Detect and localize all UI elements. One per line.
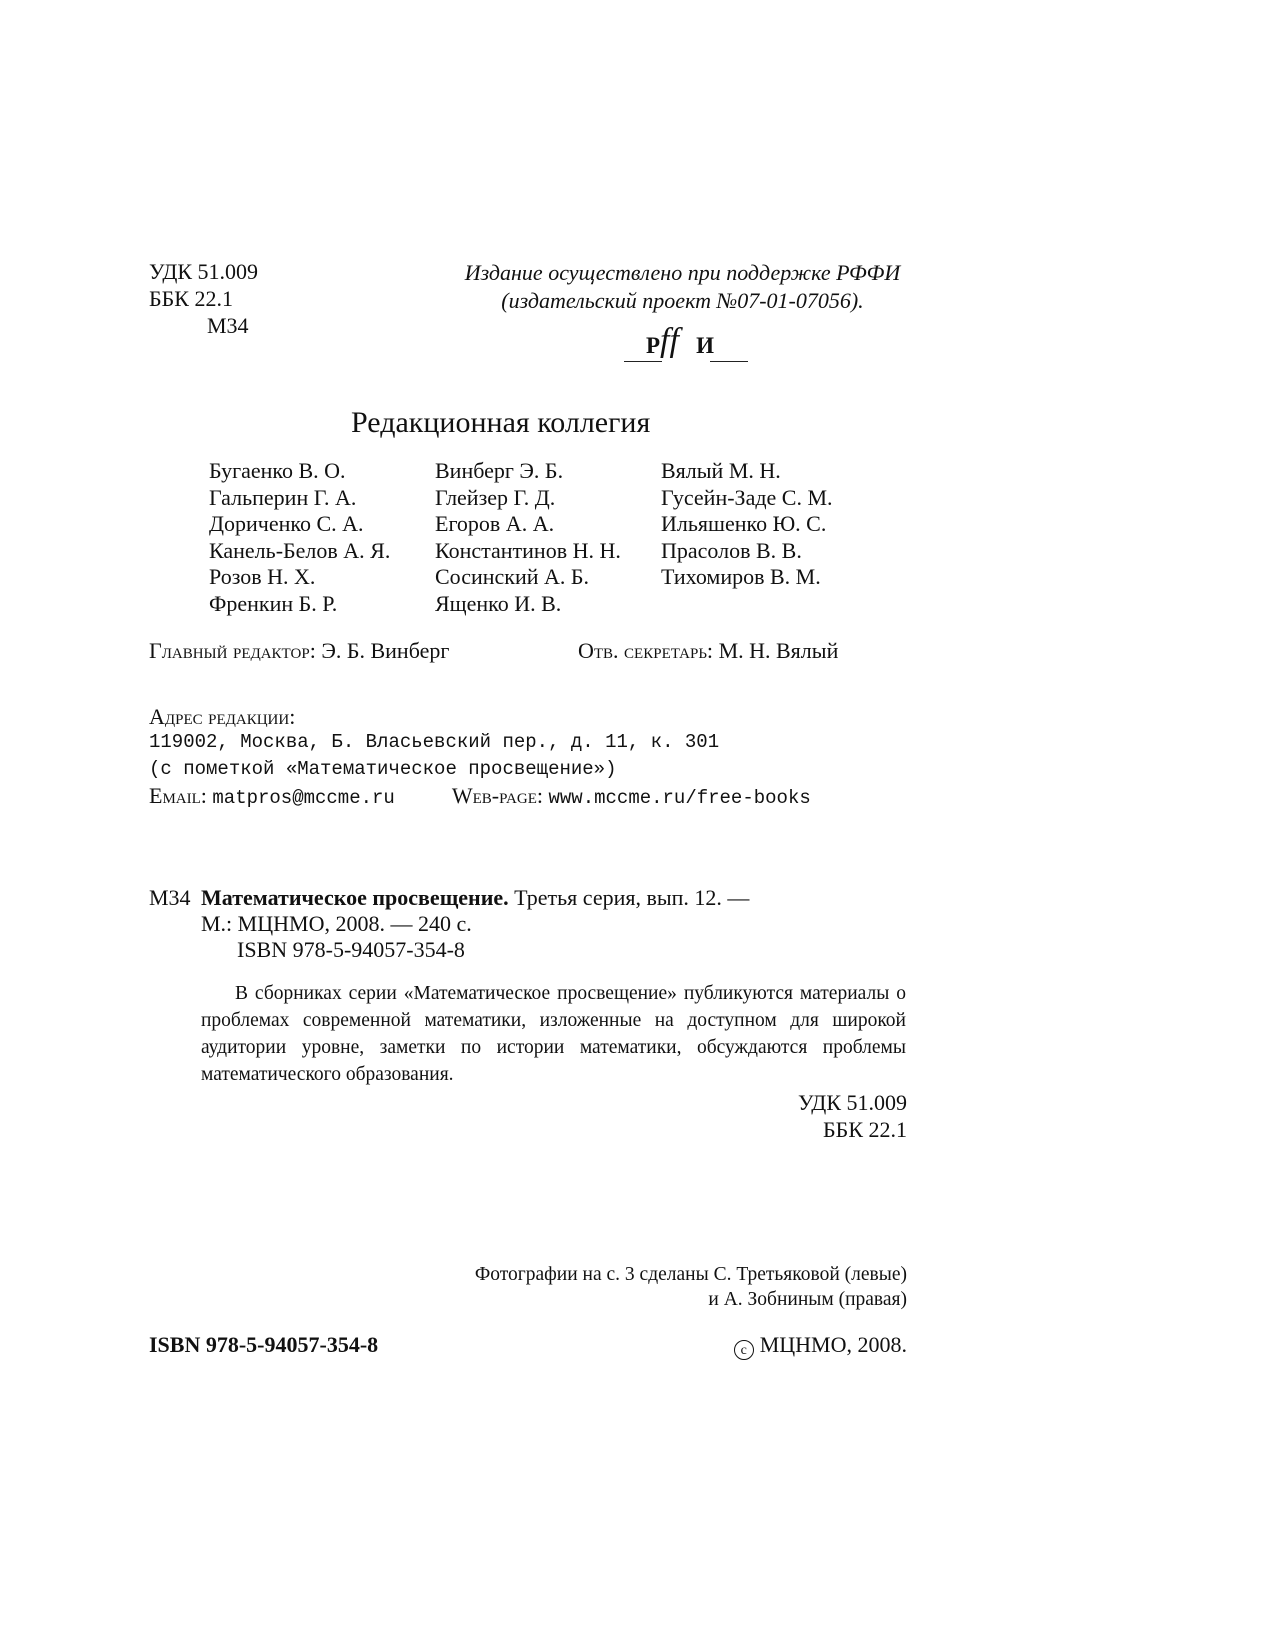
footer-isbn: ISBN 978-5-94057-354-8 [149, 1334, 378, 1356]
board-member: Гальперин Г. А. [209, 485, 390, 512]
abstract-paragraph: В сборниках серии «Математическое просве… [201, 980, 906, 1088]
board-member: Тихомиров В. М. [661, 564, 833, 591]
copyright-icon: c [734, 1340, 754, 1360]
board-member: Егоров А. А. [435, 511, 621, 538]
catalog-bbk: ББК 22.1 [798, 1119, 907, 1146]
board-member: Константинов Н. Н. [435, 538, 621, 565]
catalog-title-line: Математическое просвещение. Третья серия… [201, 887, 749, 909]
board-member: Бугаенко В. О. [209, 458, 390, 485]
logo-rule-left [624, 361, 662, 362]
board-column-3: Вялый М. Н.Гусейн-Заде С. М.Ильяшенко Ю.… [661, 458, 833, 591]
board-column-2: Винберг Э. Б.Глейзер Г. Д.Егоров А. А.Ко… [435, 458, 621, 618]
rffi-logo-icon: Р И ff [620, 328, 750, 362]
publisher-line: М.: МЦНМО, 2008. — 240 с. [201, 913, 472, 935]
secretary-label: Отв. секретарь: [578, 638, 713, 663]
board-member: Глейзер Г. Д. [435, 485, 621, 512]
address-label: Адрес редакции: [149, 706, 295, 728]
board-member: Френкин Б. Р. [209, 591, 390, 618]
contacts-row: Email: matpros@mccme.ru Web-page: www.mc… [149, 785, 811, 808]
board-column-1: Бугаенко В. О.Гальперин Г. А.Дориченко С… [209, 458, 390, 618]
email-link[interactable]: matpros@mccme.ru [212, 787, 394, 809]
chief-editor-name: Э. Б. Винберг [321, 638, 449, 663]
chief-editor: Главный редактор: Э. Б. Винберг [149, 640, 449, 662]
board-member: Сосинский А. Б. [435, 564, 621, 591]
photo-credits-line-2: и А. Зобниным (правая) [475, 1287, 907, 1312]
board-member: Гусейн-Заде С. М. [661, 485, 833, 512]
board-member: Дориченко С. А. [209, 511, 390, 538]
logo-letters: Р И [646, 334, 715, 357]
board-member: Ященко И. В. [435, 591, 621, 618]
email-label: Email: [149, 783, 207, 808]
board-member: Вялый М. Н. [661, 458, 833, 485]
logo-rule-right [710, 361, 748, 362]
catalog-isbn: ISBN 978-5-94057-354-8 [237, 939, 465, 961]
photo-credits-line-1: Фотографии на с. 3 сделаны С. Третьяково… [475, 1262, 907, 1287]
catalog-mark: М34 [149, 887, 191, 909]
logo-ff-glyph: ff [660, 324, 679, 358]
secretary-name: М. Н. Вялый [719, 638, 839, 663]
series-info: Третья серия, вып. 12. — [509, 885, 750, 910]
board-member: Розов Н. Х. [209, 564, 390, 591]
executive-secretary: Отв. секретарь: М. Н. Вялый [578, 640, 838, 662]
web-label: Web-page: [452, 783, 543, 808]
board-member: Канель-Белов А. Я. [209, 538, 390, 565]
book-title: Математическое просвещение. [201, 885, 509, 910]
catalog-udk: УДК 51.009 [798, 1092, 907, 1119]
catalog-codes: УДК 51.009 ББК 22.1 [798, 1092, 907, 1146]
address-line-1: 119002, Москва, Б. Власьевский пер., д. … [149, 733, 719, 752]
board-member: Винберг Э. Б. [435, 458, 621, 485]
address-line-2: (с пометкой «Математическое просвещение»… [149, 760, 616, 779]
web-link[interactable]: www.mccme.ru/free-books [549, 787, 811, 809]
chief-editor-label: Главный редактор: [149, 638, 316, 663]
funding-note: Издание осуществлено при поддержке РФФИ … [450, 262, 915, 318]
udk-code: УДК 51.009 [149, 261, 258, 288]
author-mark: М34 [149, 315, 258, 342]
copyright: cМЦНМО, 2008. [734, 1334, 907, 1360]
funding-line-1: Издание осуществлено при поддержке РФФИ [450, 262, 915, 290]
board-member: Прасолов В. В. [661, 538, 833, 565]
board-member: Ильяшенко Ю. С. [661, 511, 833, 538]
copyright-text: МЦНМО, 2008. [760, 1332, 907, 1357]
editorial-board-title: Редакционная коллегия [351, 408, 650, 438]
classification-codes: УДК 51.009 ББК 22.1 М34 [149, 261, 258, 342]
bbk-code: ББК 22.1 [149, 288, 258, 315]
funding-line-2: (издательский проект №07-01-07056). [450, 290, 915, 318]
photo-credits: Фотографии на с. 3 сделаны С. Третьяково… [475, 1262, 907, 1312]
